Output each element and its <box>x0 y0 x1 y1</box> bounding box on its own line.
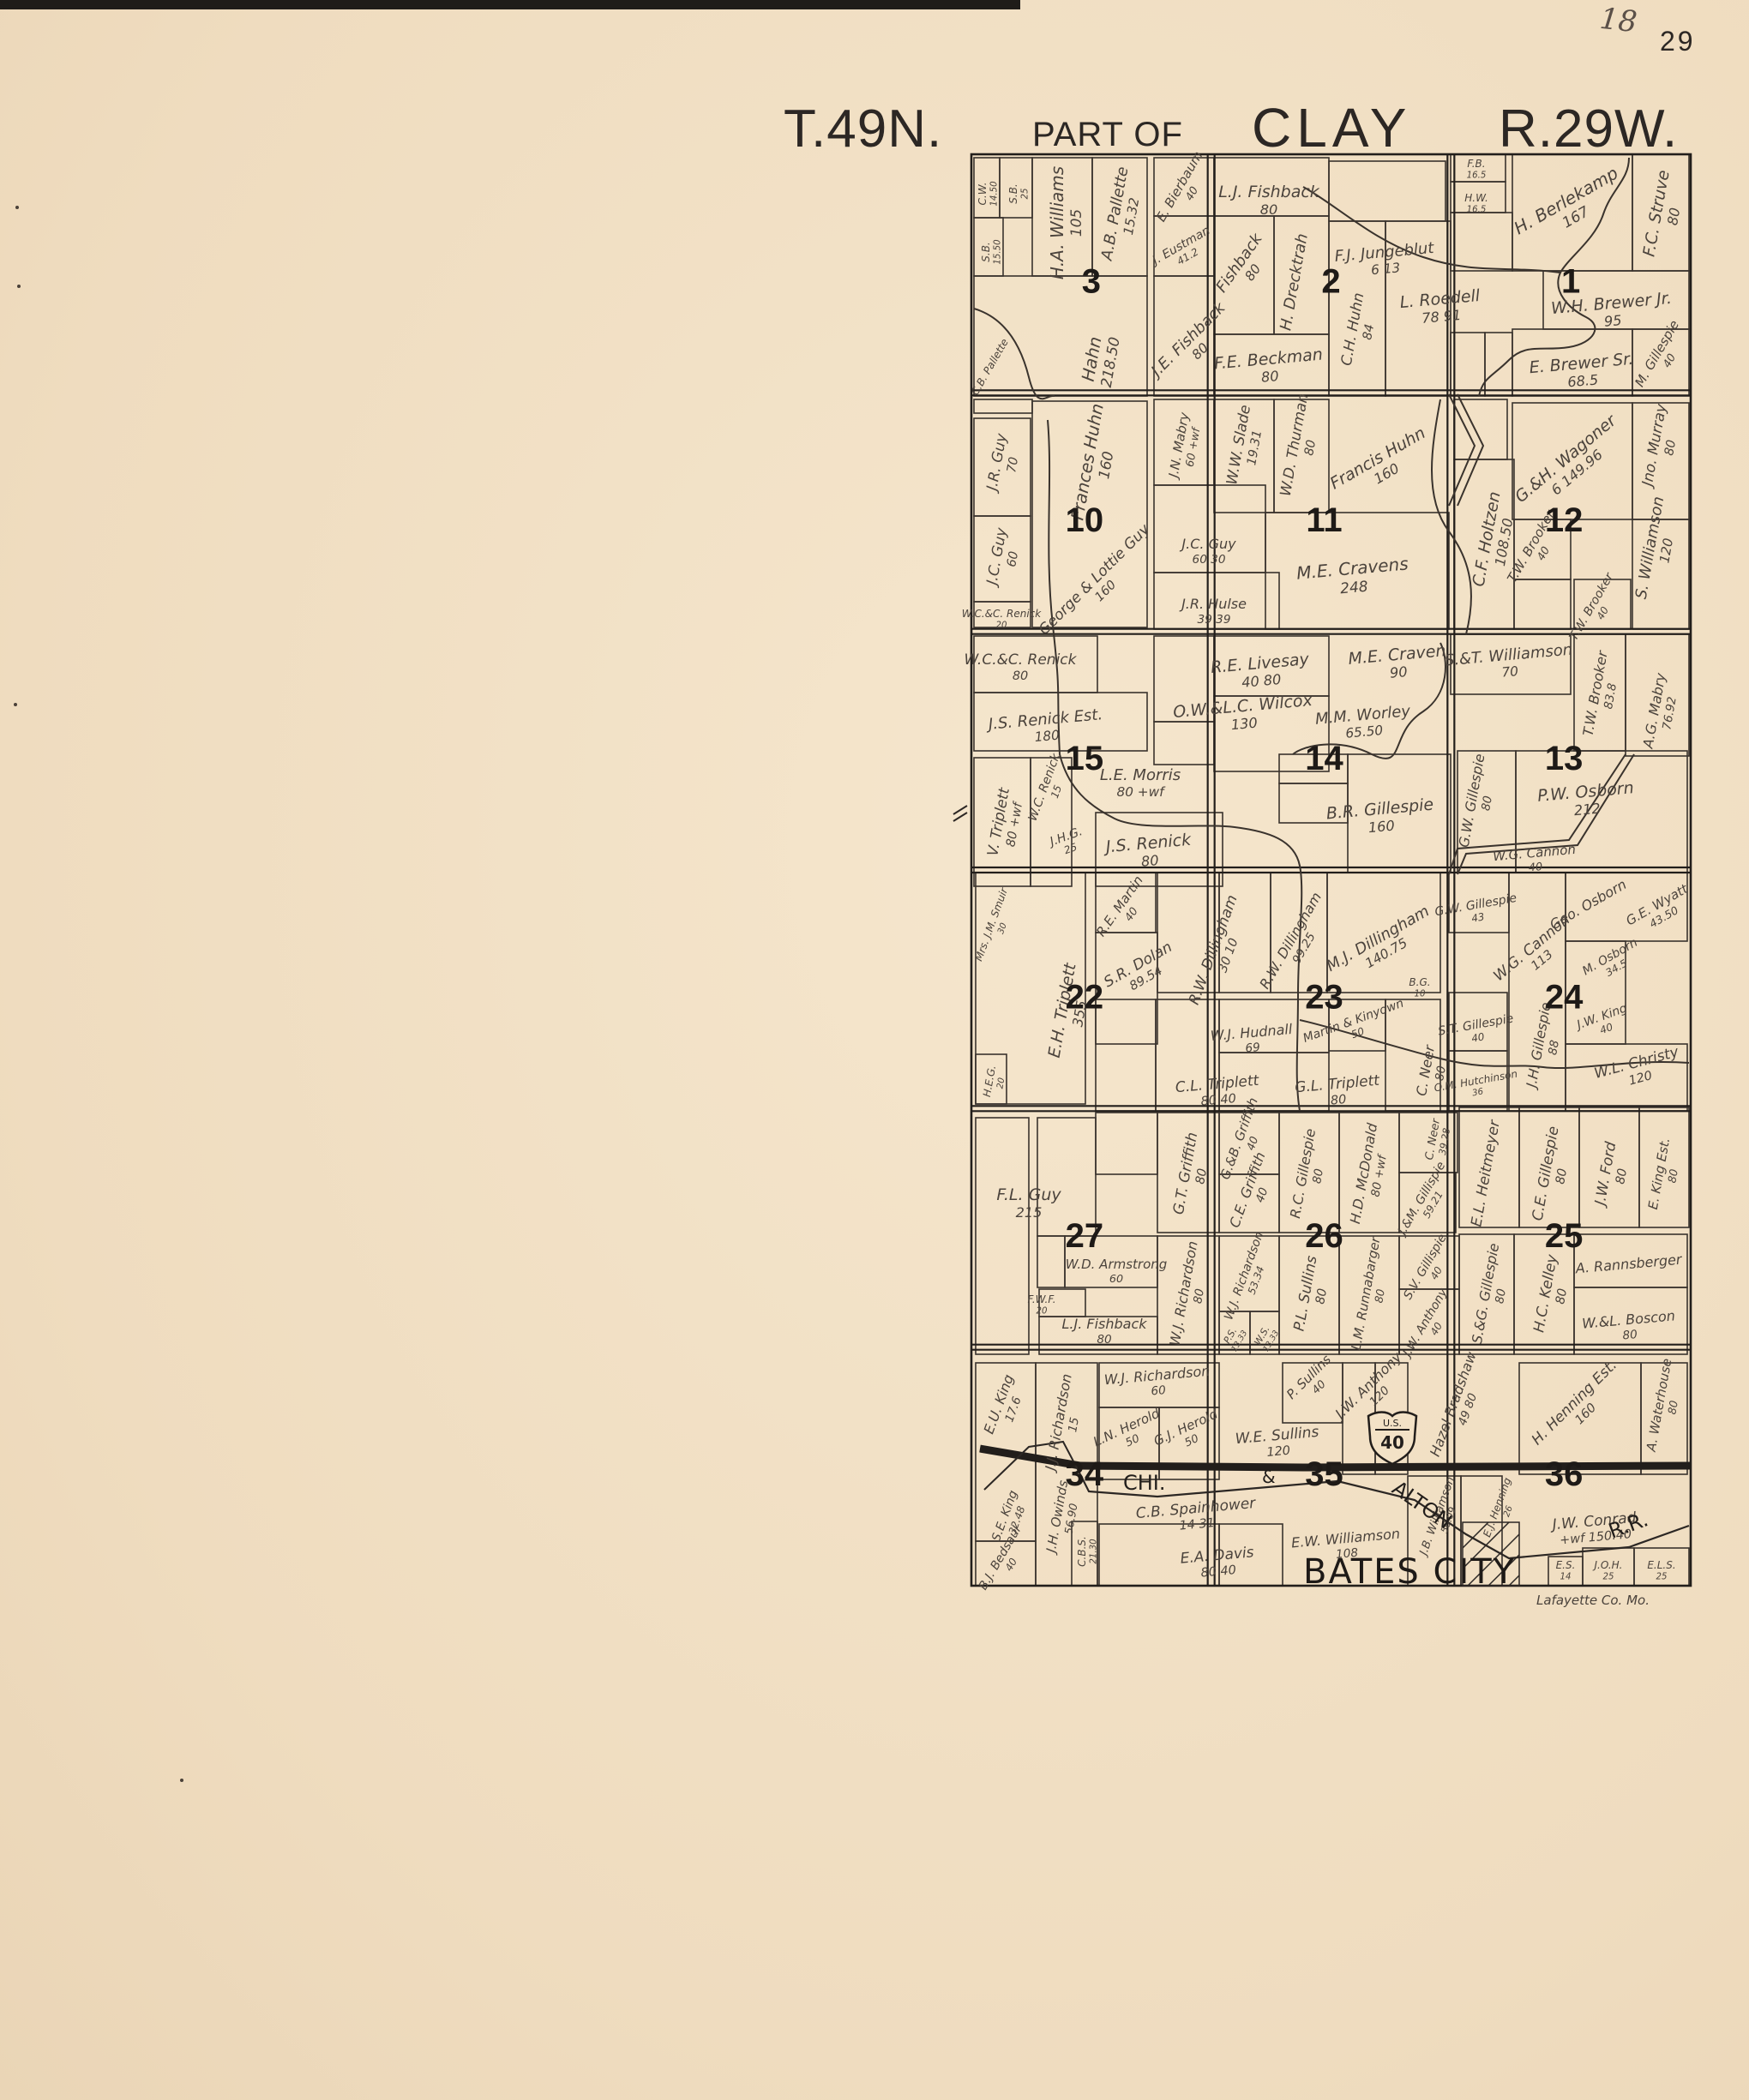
svg-text:M. Gillespie: M. Gillespie <box>1632 318 1682 390</box>
owner-label[interactable]: F.C. Struve80 <box>1639 169 1689 261</box>
owner-label[interactable]: P.W. Osborn212 <box>1536 778 1636 822</box>
svg-text:43: 43 <box>1470 910 1485 924</box>
parcel[interactable] <box>1514 579 1571 629</box>
svg-text:80: 80 <box>1622 1328 1638 1342</box>
owner-label[interactable]: B.G.10 <box>1409 976 1430 999</box>
svg-text:36: 36 <box>1471 1087 1484 1098</box>
svg-text:80: 80 <box>1373 1288 1388 1305</box>
section-number[interactable]: 2 <box>1321 262 1340 300</box>
svg-text:C.B. Pallette: C.B. Pallette <box>969 337 1011 398</box>
owner-label[interactable]: W.&L. Boscon80 <box>1581 1307 1677 1346</box>
svg-text:L.J. Fishback: L.J. Fishback <box>1061 1316 1147 1332</box>
svg-text:95: 95 <box>1603 312 1622 330</box>
shield-us-label: U.S. <box>1383 1418 1402 1429</box>
svg-text:130: 130 <box>1230 715 1258 734</box>
owner-label[interactable]: T.W. Brooker40 <box>1567 570 1627 649</box>
svg-text:C.W.: C.W. <box>977 183 989 206</box>
svg-text:80: 80 <box>1310 1167 1326 1185</box>
svg-text:A. Rannsberger: A. Rannsberger <box>1574 1251 1684 1277</box>
svg-text:E.L.S.: E.L.S. <box>1647 1559 1675 1571</box>
owner-label[interactable]: J.O.H.25 <box>1593 1559 1623 1582</box>
svg-text:120: 120 <box>1266 1444 1291 1460</box>
svg-text:20: 20 <box>1037 1307 1048 1317</box>
section-number[interactable]: 35 <box>1305 1455 1343 1493</box>
owner-label[interactable]: W.W. Slade19.31 <box>1223 404 1269 489</box>
parcel[interactable] <box>1154 722 1214 765</box>
owner-label[interactable]: A. Rannsberger <box>1574 1251 1684 1277</box>
owner-label[interactable]: S.R. Dolan89.54 <box>1101 939 1182 1004</box>
svg-text:E.S.: E.S. <box>1556 1559 1576 1571</box>
owner-label[interactable]: Fishback80 <box>1212 229 1279 304</box>
svg-text:W.C.&C. Renick: W.C.&C. Renick <box>962 608 1043 620</box>
section-number[interactable]: 25 <box>1545 1217 1584 1255</box>
owner-label[interactable]: G.T. Griffith80 <box>1170 1131 1216 1219</box>
svg-text:26: 26 <box>1502 1504 1515 1518</box>
svg-text:J.C. Guy: J.C. Guy <box>1179 536 1236 552</box>
owner-label[interactable]: J.N. Mabry60 +wf <box>1165 411 1205 483</box>
svg-text:60: 60 <box>1109 1273 1123 1286</box>
owner-label[interactable]: Geo. Osborn <box>1547 876 1629 933</box>
svg-text:J.O.H.: J.O.H. <box>1593 1559 1623 1571</box>
parcel[interactable] <box>1096 1113 1157 1174</box>
owner-label[interactable]: L.M. Runnabarger80 <box>1349 1235 1397 1353</box>
owner-label[interactable]: J.W. Ford80 <box>1591 1140 1634 1211</box>
owner-label[interactable]: R.E. Livesay40 80 <box>1210 650 1312 693</box>
svg-text:W.C.&C. Renick: W.C.&C. Renick <box>965 651 1078 669</box>
owner-label[interactable]: C.B.S.21.30 <box>1076 1536 1099 1567</box>
svg-text:212: 212 <box>1573 801 1601 819</box>
svg-text:80 40: 80 40 <box>1200 1563 1237 1581</box>
svg-text:14 31: 14 31 <box>1179 1516 1216 1533</box>
owner-label[interactable]: P.S.13.33 <box>1220 1323 1250 1353</box>
owner-label[interactable]: P.L. Sullins80 <box>1291 1254 1336 1335</box>
svg-text:80: 80 <box>1097 1333 1111 1347</box>
owner-label[interactable]: F.W.F.20 <box>1027 1293 1055 1317</box>
svg-text:R.E. Martin: R.E. Martin <box>1093 873 1146 939</box>
svg-text:80: 80 <box>1313 1287 1330 1305</box>
railroad-label-chi: CHI. <box>1123 1471 1166 1495</box>
owner-label[interactable]: Francis Huhn160 <box>1327 423 1437 507</box>
svg-text:60: 60 <box>1151 1383 1167 1398</box>
owner-label[interactable]: S.B.25 <box>1007 183 1031 203</box>
svg-text:L.J. Fishback: L.J. Fishback <box>1218 183 1320 201</box>
svg-text:H.W.: H.W. <box>1464 192 1488 204</box>
owner-label[interactable]: C.W.14.50 <box>977 181 1000 206</box>
owner-label[interactable]: J.C. Guy60 <box>983 525 1025 591</box>
parcel[interactable] <box>974 399 1032 413</box>
svg-text:H.A. Williams: H.A. Williams <box>1047 166 1067 279</box>
svg-text:40 80: 40 80 <box>1241 671 1282 691</box>
owner-label[interactable]: S.&T. Williamson70 <box>1444 641 1574 686</box>
svg-text:160: 160 <box>1096 450 1117 480</box>
owner-label[interactable]: H.D. McDonald80 +wf <box>1347 1121 1395 1227</box>
section-number[interactable]: 11 <box>1306 501 1342 539</box>
section-number[interactable]: 13 <box>1545 740 1584 777</box>
owner-label[interactable]: C.B. Pallette <box>969 337 1011 398</box>
svg-text:25: 25 <box>1603 1573 1614 1582</box>
svg-text:215: 215 <box>1016 1204 1043 1221</box>
svg-text:80: 80 <box>1664 207 1683 227</box>
section-number[interactable]: 24 <box>1545 978 1584 1016</box>
owner-label[interactable]: L.E. Morris80 +wf <box>1100 766 1181 800</box>
svg-text:B.G.: B.G. <box>1409 976 1430 988</box>
owner-label[interactable]: E.L.S.25 <box>1647 1559 1675 1582</box>
svg-text:248: 248 <box>1339 579 1368 598</box>
owner-label[interactable]: J.H.G.25 <box>1046 825 1088 861</box>
svg-text:E.L. Heitmeyer: E.L. Heitmeyer <box>1468 1119 1504 1228</box>
owner-label[interactable]: A. Waterhouse80 <box>1644 1358 1688 1456</box>
parcel[interactable] <box>974 276 1147 396</box>
owner-label[interactable]: P. Sullins40 <box>1283 1352 1343 1412</box>
owner-label[interactable]: C.H. Huhn84 <box>1338 291 1382 369</box>
svg-text:Geo. Osborn: Geo. Osborn <box>1547 876 1629 933</box>
svg-text:84: 84 <box>1361 323 1377 341</box>
svg-text:W.D. Armstrong: W.D. Armstrong <box>1066 1257 1168 1272</box>
owner-label[interactable]: H. Henning Est.160 <box>1529 1357 1631 1459</box>
svg-text:78 91: 78 91 <box>1421 307 1462 327</box>
owner-label[interactable]: W.S.13.33 <box>1252 1323 1282 1353</box>
svg-text:25: 25 <box>1656 1573 1668 1582</box>
section-number[interactable]: 23 <box>1305 978 1343 1016</box>
svg-text:80: 80 <box>1013 669 1028 683</box>
owner-label[interactable]: V. Triplett80 +wf <box>984 785 1028 860</box>
owner-label[interactable]: F.L. Guy215 <box>996 1185 1061 1221</box>
svg-text:Fishback: Fishback <box>1212 229 1266 296</box>
svg-text:105: 105 <box>1068 209 1085 237</box>
svg-text:J.R. Hulse: J.R. Hulse <box>1179 596 1247 612</box>
svg-text:21.30: 21.30 <box>1090 1539 1099 1563</box>
svg-text:E.A. Davis: E.A. Davis <box>1180 1544 1255 1567</box>
svg-text:88: 88 <box>1546 1039 1562 1056</box>
owner-label[interactable]: F.J. Jungeblut6 13 <box>1334 239 1437 281</box>
svg-text:E. Bierbaum: E. Bierbaum <box>1153 148 1205 224</box>
svg-text:80: 80 <box>1302 439 1319 457</box>
owner-label[interactable]: H.A. Williams105 <box>1047 166 1085 279</box>
svg-text:40: 40 <box>1528 861 1542 874</box>
owner-label[interactable]: L.J. Fishback80 <box>1061 1316 1147 1347</box>
svg-text:C.B.S.: C.B.S. <box>1076 1536 1088 1567</box>
svg-text:H.E.G.: H.E.G. <box>981 1065 998 1098</box>
owner-label[interactable]: B.R. Gillespie160 <box>1325 795 1436 840</box>
owner-label[interactable]: G.W. Gillespie80 <box>1456 753 1502 851</box>
svg-text:60 30: 60 30 <box>1193 553 1226 567</box>
owner-label[interactable]: E. Brewer Sr.68.5 <box>1529 350 1636 393</box>
svg-text:6 13: 6 13 <box>1370 260 1401 278</box>
svg-text:80: 80 <box>1666 1400 1681 1416</box>
shield-route-number: 40 <box>1380 1432 1404 1453</box>
svg-text:F.B.: F.B. <box>1467 158 1485 170</box>
owner-label[interactable]: A.B. Pallette15.32 <box>1097 165 1147 265</box>
svg-text:80: 80 <box>1614 1167 1630 1185</box>
owner-label[interactable]: R.E. Martin40 <box>1093 873 1157 947</box>
owner-label[interactable]: W.C.&C. Renick80 <box>965 651 1078 683</box>
svg-text:S.B.: S.B. <box>980 242 992 261</box>
owner-label[interactable]: B.J. Bedsaul40 <box>977 1524 1034 1599</box>
svg-text:20: 20 <box>995 1077 1007 1089</box>
owner-label[interactable]: Hazel Bradshaw49 80 <box>1427 1349 1494 1464</box>
owner-label[interactable]: J.R. Guy70 <box>983 431 1025 496</box>
section-number[interactable]: 14 <box>1305 740 1343 777</box>
svg-text:80: 80 <box>1140 852 1159 870</box>
owner-label[interactable]: Mrs. J.M. Smuir30 <box>972 885 1020 966</box>
owner-label[interactable]: M. Osborn34.5 <box>1580 936 1646 988</box>
svg-text:10: 10 <box>1415 990 1426 999</box>
svg-text:60: 60 <box>1005 550 1021 568</box>
svg-text:16.5: 16.5 <box>1467 171 1487 181</box>
svg-text:80: 80 <box>1260 368 1279 386</box>
svg-text:80: 80 <box>1191 1287 1207 1305</box>
owner-label[interactable]: H.W.16.5 <box>1464 192 1488 215</box>
owner-label[interactable]: Hahn218.50 <box>1077 332 1124 388</box>
svg-text:70: 70 <box>1501 663 1519 681</box>
owner-label[interactable]: L.J. Fishback80 <box>1218 183 1320 218</box>
owner-label[interactable]: H. Berlekamp167 <box>1511 163 1631 255</box>
owner-label[interactable]: R.C. Gillespie80 <box>1287 1127 1333 1222</box>
svg-text:20: 20 <box>996 621 1007 631</box>
parcel[interactable] <box>1329 161 1445 221</box>
owner-label[interactable]: L. Roedell78 91 <box>1399 286 1482 328</box>
svg-text:80: 80 <box>1479 795 1495 812</box>
svg-text:30: 30 <box>996 921 1009 935</box>
plat-map[interactable]: C.W.14.50S.B.25S.B.15.50H.A. Williams105… <box>0 0 1749 2100</box>
owner-label[interactable]: E.S.14 <box>1556 1559 1576 1582</box>
svg-text:14: 14 <box>1560 1573 1572 1582</box>
owner-label[interactable]: M.E. Cravens248 <box>1295 553 1410 601</box>
owner-label[interactable]: H.C. Kelley80 <box>1530 1252 1575 1336</box>
svg-text:80: 80 <box>1662 439 1679 457</box>
owner-label[interactable]: W.D. Thurman80 <box>1277 393 1326 501</box>
svg-text:F.W.F.: F.W.F. <box>1027 1293 1055 1305</box>
section-number[interactable]: 36 <box>1545 1455 1584 1493</box>
owner-label[interactable]: R.W. Dillingham30 10 <box>1186 893 1255 1012</box>
owner-label[interactable]: E.L. Heitmeyer <box>1468 1119 1504 1228</box>
svg-text:39 39: 39 39 <box>1198 613 1231 627</box>
svg-text:65.50: 65.50 <box>1345 723 1384 741</box>
owner-label[interactable]: W.J. Richardson60 <box>1103 1363 1211 1402</box>
owner-label[interactable]: W.L. Christy120 <box>1592 1043 1685 1096</box>
owner-label[interactable]: C.E. Gillespie80 <box>1530 1125 1578 1225</box>
svg-text:90: 90 <box>1389 663 1408 681</box>
owner-label[interactable]: S. Williamson120 <box>1632 495 1683 603</box>
svg-text:J.W. Anthony: J.W. Anthony <box>1330 1348 1405 1424</box>
svg-text:P. Sullins: P. Sullins <box>1283 1352 1334 1402</box>
svg-text:80: 80 <box>1193 1167 1210 1185</box>
svg-text:120: 120 <box>1656 537 1676 564</box>
owner-label[interactable]: E. King Est.80 <box>1645 1137 1686 1213</box>
section-numbers: 321101112151413222324272625343536 <box>1066 262 1584 1493</box>
section-number[interactable]: 10 <box>1066 501 1104 539</box>
owner-label[interactable]: H.E.G.20 <box>981 1065 1009 1100</box>
parcel[interactable] <box>1451 333 1485 396</box>
owner-label[interactable]: F.E. Beckman80 <box>1213 345 1325 390</box>
svg-text:68.5: 68.5 <box>1567 371 1599 390</box>
owner-label[interactable]: E.A. Davis80 40 <box>1180 1544 1256 1581</box>
svg-text:80: 80 <box>1330 1093 1347 1108</box>
owner-label[interactable]: H. Drecktrah <box>1277 232 1312 332</box>
owner-label[interactable]: S.&G. Gillespie80 <box>1469 1242 1517 1347</box>
svg-text:H. Drecktrah: H. Drecktrah <box>1277 232 1312 332</box>
svg-text:160: 160 <box>1367 818 1395 837</box>
owner-label[interactable]: E.U. King17.6 <box>981 1372 1031 1441</box>
section-number[interactable]: 27 <box>1066 1217 1104 1255</box>
owner-label[interactable]: J.R. Hulse39 39 <box>1179 596 1247 627</box>
owner-label[interactable]: O.W.&L.C. Wilcox130 <box>1172 691 1315 738</box>
svg-text:L.E. Morris: L.E. Morris <box>1100 766 1181 784</box>
parcel[interactable] <box>1037 1236 1065 1287</box>
parcel[interactable] <box>1485 333 1512 396</box>
section-number[interactable]: 26 <box>1305 1217 1343 1255</box>
section-number[interactable]: 12 <box>1545 501 1584 539</box>
svg-text:15: 15 <box>1066 1416 1082 1433</box>
svg-text:80: 80 <box>1554 1167 1570 1185</box>
svg-text:80: 80 <box>1493 1287 1509 1305</box>
parcel[interactable] <box>1451 213 1512 271</box>
railroad-label-amp: & <box>1262 1467 1276 1487</box>
county-footnote: Lafayette Co. Mo. <box>1536 1593 1650 1608</box>
svg-text:15.50: 15.50 <box>994 239 1003 264</box>
svg-text:80 +wf: 80 +wf <box>1116 784 1166 800</box>
svg-text:180: 180 <box>1034 728 1061 745</box>
owner-label[interactable]: J.C. Guy60 30 <box>1179 536 1236 567</box>
road-stub-marker <box>953 806 967 821</box>
owner-label[interactable]: F.B.16.5 <box>1467 158 1487 181</box>
svg-text:70: 70 <box>1005 456 1021 474</box>
section-number[interactable]: 1 <box>1561 262 1580 300</box>
owner-label[interactable]: T.W. Brooker83.8 <box>1580 649 1626 741</box>
svg-text:F.L. Guy: F.L. Guy <box>996 1185 1061 1204</box>
town-label-bates-city: BATES CITY <box>1303 1552 1516 1592</box>
owner-label[interactable]: A.G. Mabry76.92 <box>1639 671 1683 753</box>
section-number[interactable]: 22 <box>1066 978 1104 1016</box>
owner-label[interactable]: S.V. Gillispie40 <box>1401 1232 1459 1308</box>
section-number[interactable]: 15 <box>1066 740 1104 777</box>
owner-label[interactable]: S.B.15.50 <box>980 239 1003 264</box>
svg-text:14.50: 14.50 <box>990 181 1000 206</box>
svg-text:80: 80 <box>1260 201 1278 218</box>
owner-label[interactable]: J.E. Fishback80 <box>1146 298 1241 393</box>
parcel[interactable] <box>976 1118 1029 1354</box>
svg-text:80: 80 <box>1554 1287 1570 1305</box>
svg-text:25: 25 <box>1021 189 1031 200</box>
owner-label[interactable]: Jno. Murray80 <box>1638 402 1685 493</box>
svg-text:16.5: 16.5 <box>1467 206 1487 215</box>
section-number[interactable]: 34 <box>1066 1455 1104 1493</box>
owner-label[interactable]: C. Neer39.28 <box>1423 1117 1454 1163</box>
owner-label[interactable]: M.E. Craven90 <box>1348 641 1448 685</box>
svg-text:40: 40 <box>1470 1030 1485 1044</box>
owner-label[interactable]: C.B. Spainhower14 31 <box>1135 1495 1258 1537</box>
svg-text:H. Henning Est.: H. Henning Est. <box>1529 1357 1620 1449</box>
svg-text:80: 80 <box>1666 1168 1681 1185</box>
svg-text:69: 69 <box>1245 1041 1261 1055</box>
parcel[interactable] <box>1096 999 1156 1111</box>
section-number[interactable]: 3 <box>1082 262 1101 300</box>
owner-label[interactable]: W.D. Armstrong60 <box>1066 1257 1168 1286</box>
svg-text:S.B.: S.B. <box>1007 183 1019 203</box>
